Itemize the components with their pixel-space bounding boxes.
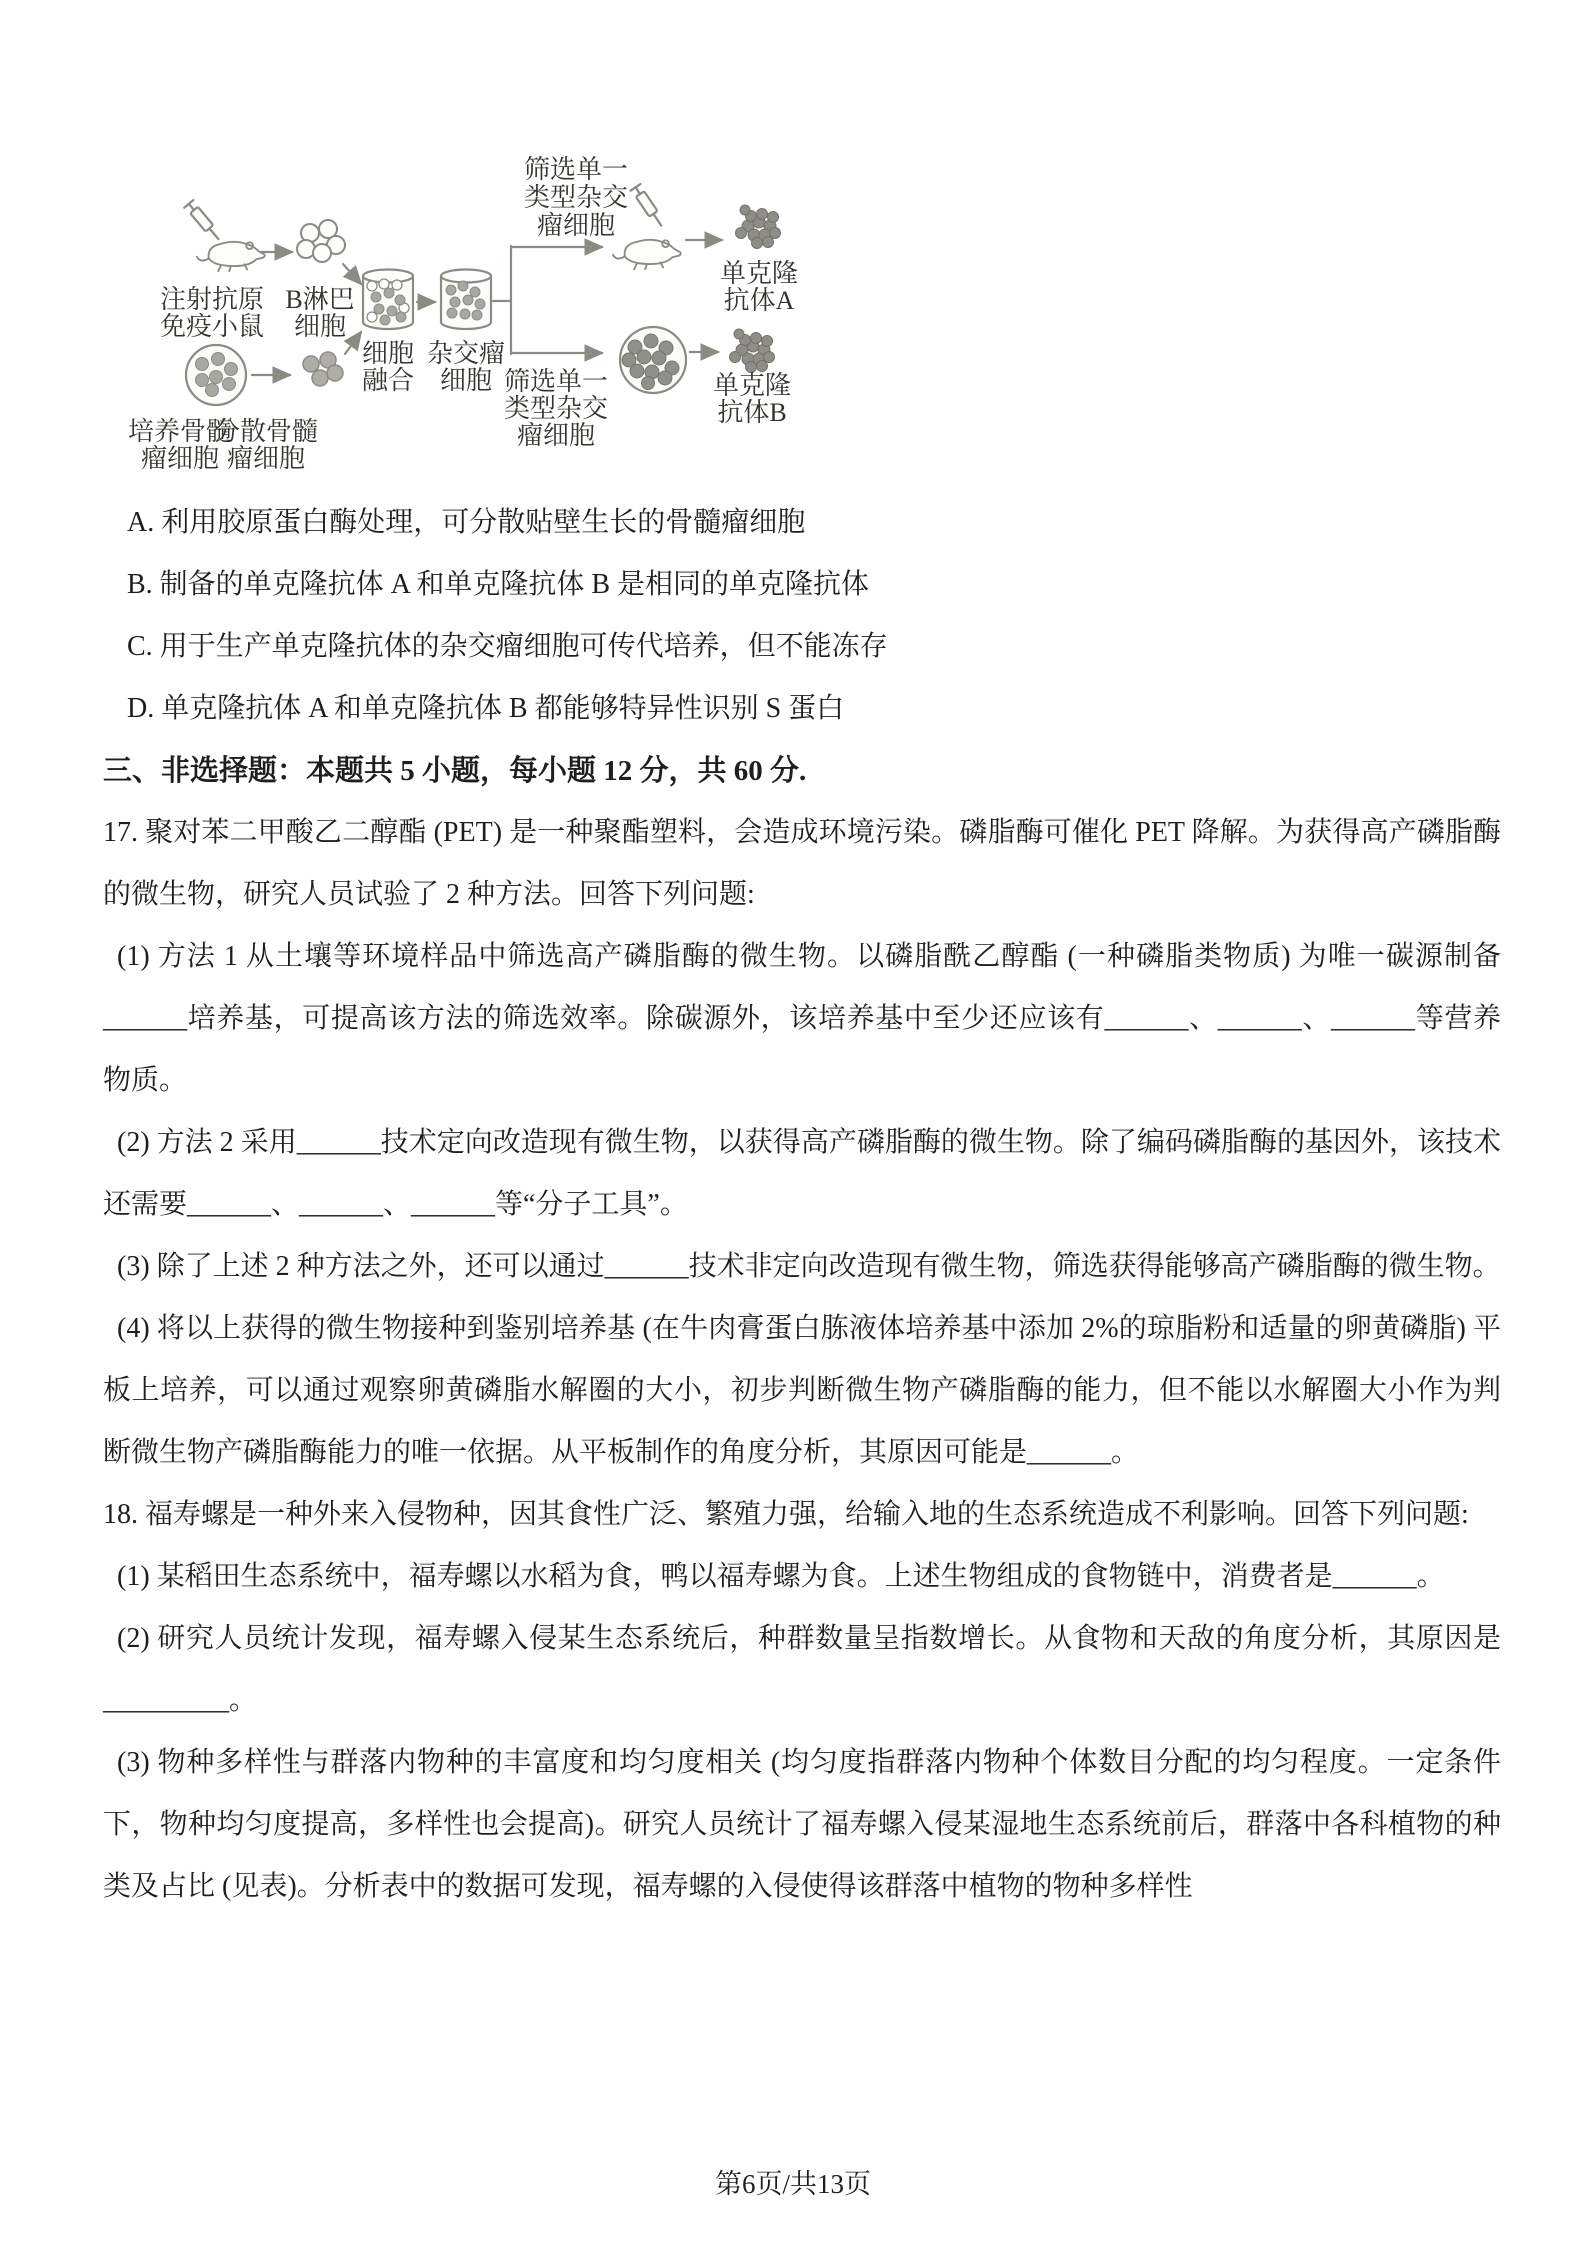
option-b: B. 制备的单克隆抗体 A 和单克隆抗体 B 是相同的单克隆抗体 [103,554,1501,616]
label-cell-fusion: 细胞 [362,339,414,368]
dispersed-cells-icon [303,352,343,386]
label-b-lymphocyte: B淋巴 [285,285,354,314]
mouse-icon [613,240,681,269]
label-screen-bottom: 类型杂交 [504,394,608,423]
fusion-beaker-icon [363,270,413,330]
hybridoma-beaker-icon [441,270,491,330]
mouse-icon [197,242,265,271]
monoclonal-antibody-diagram: 注射抗原 免疫小鼠 B淋巴 细胞 培养骨髓 瘤细胞 分散骨髓 瘤细胞 细胞 融合… [100,90,810,470]
option-d: D. 单克隆抗体 A 和单克隆抗体 B 都能够特异性识别 S 蛋白 [103,678,1501,740]
label-dispersed-myeloma: 分散骨髓 [214,417,318,446]
label-mab-a: 单克隆 [720,259,798,288]
q17-intro: 17. 聚对苯二甲酸乙二醇酯 (PET) 是一种聚酯塑料，会造成环境污染。磷脂酶… [103,802,1501,926]
label-b-lymphocyte: 细胞 [294,312,346,341]
b-cell-cluster-icon [297,220,345,262]
option-a: A. 利用胶原蛋白酶处理，可分散贴壁生长的骨髓瘤细胞 [103,492,1501,554]
label-screen-top: 类型杂交 [524,183,628,212]
label-screen-top: 筛选单一 [524,155,628,184]
q18-part-3: (3) 物种多样性与群落内物种的丰富度和均匀度相关 (均匀度指群落内物种个体数目… [103,1732,1501,1918]
label-inject-mouse: 免疫小鼠 [160,312,264,341]
label-hybridoma: 细胞 [440,366,492,395]
question-text-block: A. 利用胶原蛋白酶处理，可分散贴壁生长的骨髓瘤细胞 B. 制备的单克隆抗体 A… [103,492,1501,1918]
label-hybridoma: 杂交瘤 [427,339,505,368]
label-mab-a: 抗体A [724,286,795,315]
syringe-icon [631,184,667,229]
label-inject-mouse: 注射抗原 [160,285,264,314]
q17-part-1: (1) 方法 1 从土壤等环境样品中筛选高产磷脂酶的微生物。以磷脂酰乙醇酯 (一… [103,926,1501,1112]
q17-part-2: (2) 方法 2 采用______技术定向改造现有微生物，以获得高产磷脂酶的微生… [103,1112,1501,1236]
antibody-cluster-b-icon [730,329,775,373]
q17-part-3: (3) 除了上述 2 种方法之外，还可以通过______技术非定向改造现有微生物… [103,1236,1501,1298]
label-mab-b: 单克隆 [713,371,791,400]
option-c: C. 用于生产单克隆抗体的杂交瘤细胞可传代培养，但不能冻存 [103,616,1501,678]
antibody-cluster-a-icon [736,205,781,249]
q18-part-1: (1) 某稻田生态系统中，福寿螺以水稻为食，鸭以福寿螺为食。上述生物组成的食物链… [103,1546,1501,1608]
q17-part-4: (4) 将以上获得的微生物接种到鉴别培养基 (在牛肉膏蛋白胨液体培养基中添加 2… [103,1298,1501,1484]
label-screen-top: 瘤细胞 [537,211,615,240]
culture-dish-icon [620,327,686,393]
page-number: 第6页/共13页 [0,2162,1586,2201]
label-screen-bottom: 瘤细胞 [517,421,595,450]
label-dispersed-myeloma: 瘤细胞 [227,444,305,470]
section-header: 三、非选择题：本题共 5 小题，每小题 12 分，共 60 分. [103,740,1501,802]
q18-part-2: (2) 研究人员统计发现，福寿螺入侵某生态系统后，种群数量呈指数增长。从食物和天… [103,1608,1501,1732]
petri-dish-icon [186,345,246,405]
label-cultured-myeloma: 瘤细胞 [141,444,219,470]
diagram-svg: 注射抗原 免疫小鼠 B淋巴 细胞 培养骨髓 瘤细胞 分散骨髓 瘤细胞 细胞 融合… [100,90,810,470]
label-cell-fusion: 融合 [362,366,414,395]
label-screen-bottom: 筛选单一 [504,367,608,396]
exam-page: 注射抗原 免疫小鼠 B淋巴 细胞 培养骨髓 瘤细胞 分散骨髓 瘤细胞 细胞 融合… [0,0,1586,2244]
syringe-icon [184,200,223,243]
label-mab-b: 抗体B [717,398,786,427]
q18-intro: 18. 福寿螺是一种外来入侵物种，因其食性广泛、繁殖力强，给输入地的生态系统造成… [103,1484,1501,1546]
